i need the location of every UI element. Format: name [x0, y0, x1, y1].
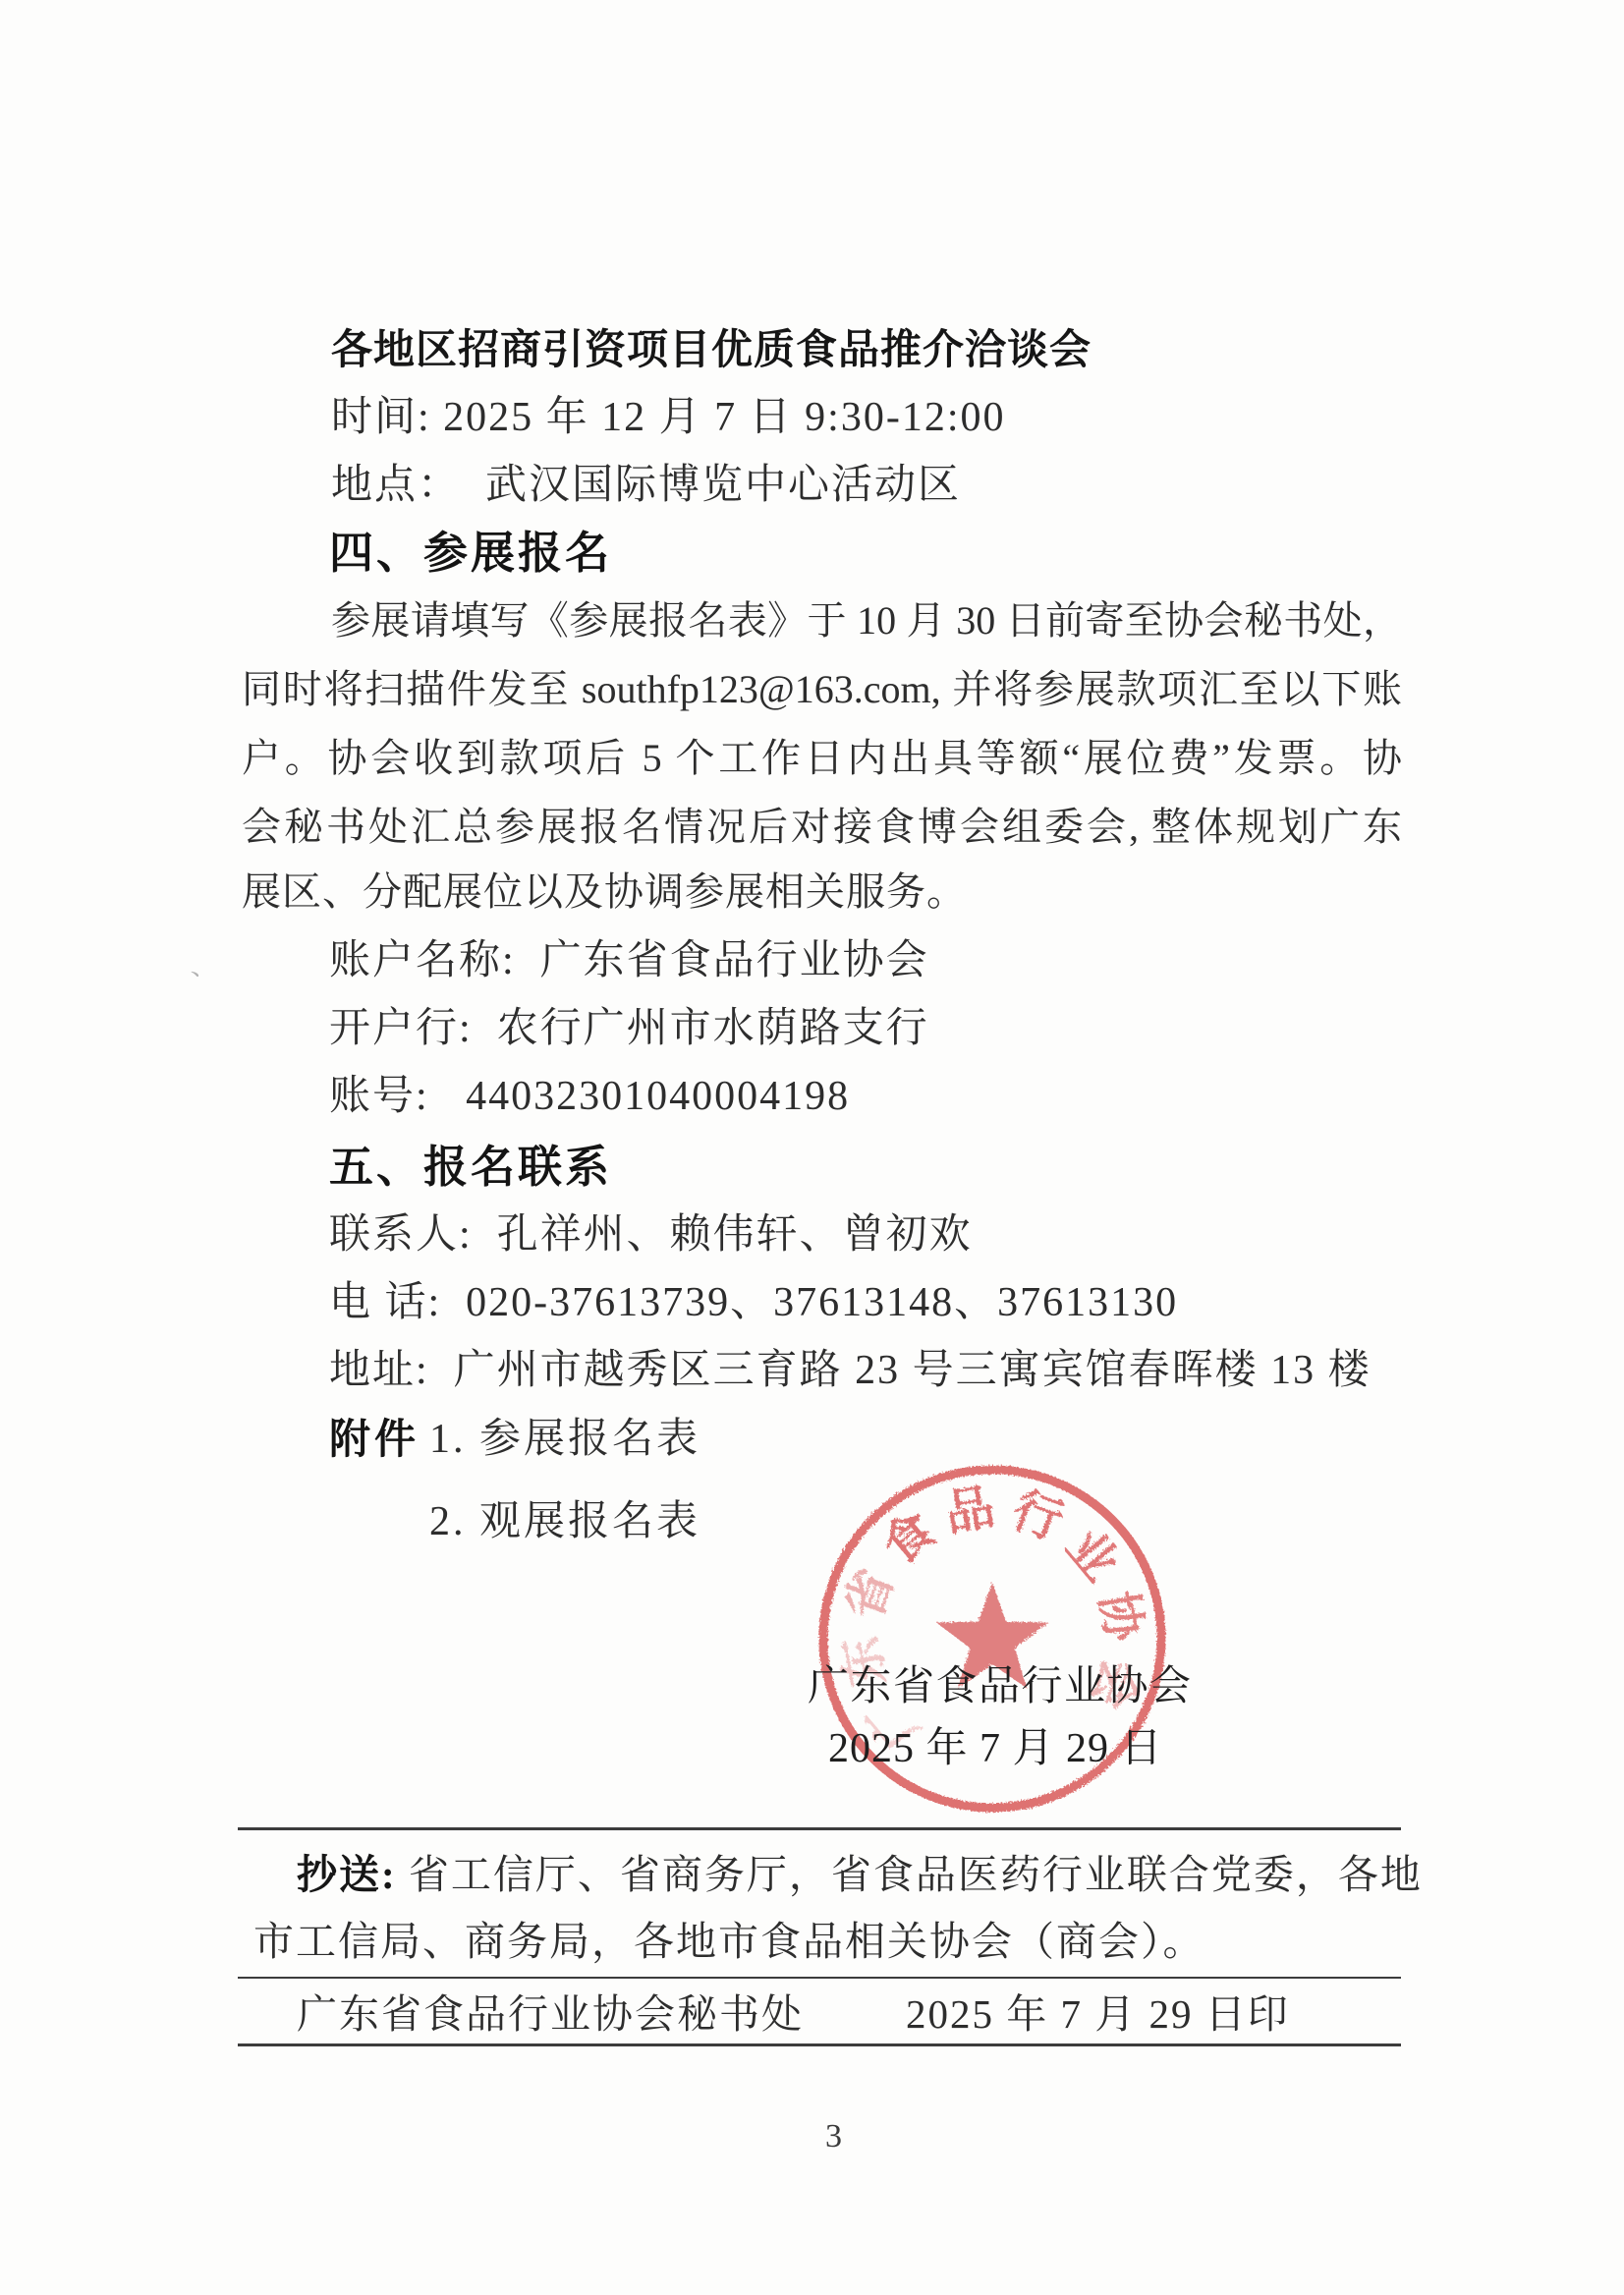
body-paragraph-line-5: 展区、分配展位以及协调参展相关服务。 — [242, 868, 967, 916]
seal-ring-char: 行 — [1005, 1482, 1070, 1550]
account-name-line: 账户名称: 广东省食品行业协会 — [329, 936, 929, 985]
phone-line: 电 话: 020-37613739、37613148、37613130 — [329, 1278, 1178, 1327]
contacts-line: 联系人: 孔祥州、赖伟轩、曾初欢 — [329, 1210, 973, 1259]
body-paragraph-line-3: 户。协会收到款项后 5 个工作日内出具等额“展位费”发票。协 — [242, 734, 1402, 783]
signature-org: 广东省食品行业协会 — [808, 1662, 1193, 1711]
page-number: 3 — [825, 2118, 842, 2155]
body-paragraph-line-4: 会秘书处汇总参展报名情况后对接食博会组委会, 整体规划广东 — [242, 803, 1402, 852]
cc-line-1: 抄送: 省工信厅、省商务厅，省食品医药行业联合党委，各地 — [297, 1851, 1423, 1899]
seal-ring-char: 协 — [1090, 1588, 1152, 1648]
event-time-line: 时间: 2025 年 12 月 7 日 9:30-12:00 — [331, 393, 1006, 442]
seal-ring-char: 品 — [941, 1479, 999, 1541]
body-paragraph-line-2: 同时将扫描件发至 southfp123@163.com, 并将参展款项汇至以下账 — [242, 665, 1402, 714]
attachments-label: 附件 — [329, 1415, 420, 1464]
document-page: 各地区招商引资项目优质食品推介洽谈会 时间: 2025 年 12 月 7 日 9… — [0, 0, 1624, 2295]
section-4-heading: 四、参展报名 — [329, 527, 612, 580]
cc-line-1-text: 省工信厅、省商务厅，省食品医药行业联合党委，各地 — [397, 1852, 1423, 1897]
divider-line-middle — [238, 1977, 1401, 1979]
section-5-heading: 五、报名联系 — [329, 1141, 612, 1194]
seal-ring-char: 省 — [835, 1562, 904, 1627]
issuer-name: 广东省食品行业协会秘书处 — [297, 1990, 804, 2039]
ink-smudge: 、 — [185, 943, 217, 984]
signature-date: 2025 年 7 月 29 日 — [828, 1724, 1163, 1773]
print-date: 2025 年 7 月 29 日印 — [906, 1990, 1290, 2039]
official-seal: 广 东 省 食 品 行 业 协 会 — [796, 1442, 1189, 1835]
attachment-item-1: 1. 参展报名表 — [429, 1415, 700, 1464]
divider-line-top — [238, 1827, 1401, 1830]
address-line: 地址: 广州市越秀区三育路 23 号三寓宾馆春晖楼 13 楼 — [329, 1346, 1372, 1395]
event-heading: 各地区招商引资项目优质食品推介洽谈会 — [331, 326, 1092, 375]
cc-label: 抄送: — [297, 1852, 397, 1897]
body-paragraph-line-1: 参展请填写《参展报名表》于 10 月 30 日前寄至协会秘书处， — [331, 596, 1402, 645]
attachment-item-2: 2. 观展报名表 — [429, 1497, 700, 1546]
account-number-line: 账号: 44032301040004198 — [329, 1072, 850, 1121]
cc-line-2: 市工信局、商务局，各地市食品相关协会（商会）。 — [253, 1918, 1205, 1966]
event-venue-line: 地点： 武汉国际博览中心活动区 — [331, 461, 961, 510]
divider-line-bottom — [238, 2043, 1401, 2046]
bank-line: 开户行: 农行广州市水荫路支行 — [329, 1004, 929, 1053]
